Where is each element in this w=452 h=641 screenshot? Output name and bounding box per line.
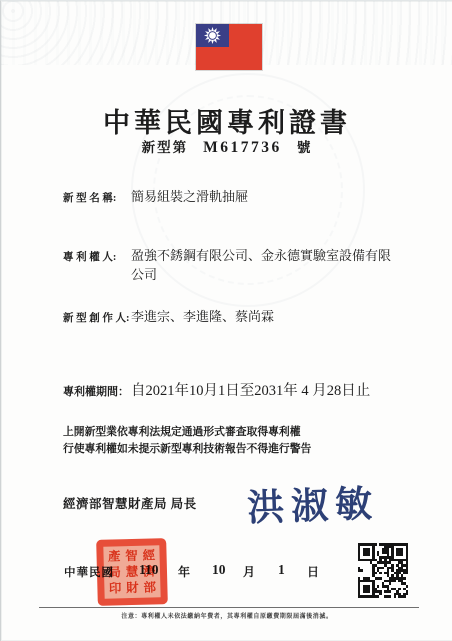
- seal-char: 智: [123, 548, 141, 564]
- seal-char: 部: [141, 579, 159, 595]
- patent-number-suffix: 號: [297, 136, 313, 156]
- field-patentee-value: 盈強不銹鋼有限公司、金永德實驗室設備有限公司: [131, 246, 403, 284]
- field-patentee-label: 專 利 權 人:: [63, 249, 131, 264]
- field-model-name-label: 新 型 名 稱:: [63, 190, 131, 205]
- seal-char: 濟: [140, 563, 158, 579]
- agency-red-seal: 產 智 經 局 慧 濟 印 財 部: [96, 538, 168, 606]
- issuer-title: 經濟部智慧財產局 局長: [63, 494, 197, 512]
- field-patentee: 專 利 權 人: 盈強不銹鋼有限公司、金永德實驗室設備有限公司: [63, 246, 403, 284]
- date-month: 10: [212, 562, 226, 578]
- date-year-unit: 年: [178, 563, 190, 580]
- date-day-unit: 日: [307, 563, 319, 580]
- date-day: 1: [278, 562, 285, 578]
- patent-number-line: 新型第 M617736 號: [1, 136, 452, 157]
- patent-number-prefix: 新型第: [142, 136, 189, 156]
- seal-char: 慧: [123, 564, 141, 580]
- seal-char: 產: [105, 548, 123, 564]
- footnote-text: 注意：專利權人未依法繳納年費者，其專利權自原繳費期限屆滿後消滅。: [91, 611, 362, 620]
- field-patent-term-value: 自2021年10月1日至2031年 4 月28日止: [131, 382, 431, 401]
- director-signature: 洪淑敏: [246, 472, 398, 531]
- date-month-unit: 月: [243, 563, 255, 580]
- field-patent-term: 專利權期間： 自2021年10月1日至2031年 4 月28日止: [63, 382, 431, 401]
- legal-notice-line1: 上開新型業依專利法規定通過形式審查取得專利權: [63, 424, 311, 441]
- seal-char: 經: [140, 547, 158, 563]
- certificate-title: 中華民國專利證書: [1, 101, 452, 140]
- field-patent-term-label: 專利權期間：: [63, 383, 131, 399]
- footer-divider: [39, 607, 419, 608]
- seal-char: 局: [106, 564, 124, 580]
- republic-of-china-flag: [196, 24, 262, 70]
- qr-code: [358, 543, 408, 598]
- legal-notice: 上開新型業依專利法規定通過形式審查取得專利權 行使專利權如未提示新型專利技術報告…: [63, 424, 311, 457]
- field-creators-label: 新 型 創 作 人:: [63, 310, 131, 325]
- field-model-name: 新 型 名 稱: 簡易組裝之滑軌抽屜: [63, 187, 403, 206]
- patent-number: M617736: [203, 139, 282, 157]
- patent-certificate-page: 中華民國專利證書 新型第 M617736 號 新 型 名 稱: 簡易組裝之滑軌抽…: [0, 0, 452, 641]
- field-creators: 新 型 創 作 人: 李進宗、李進隆、蔡尚霖: [63, 307, 403, 326]
- seal-char: 財: [124, 580, 142, 596]
- field-creators-value: 李進宗、李進隆、蔡尚霖: [131, 307, 403, 326]
- white-sun-icon: [203, 26, 222, 45]
- legal-notice-line2: 行使專利權如未提示新型專利技術報告不得進行警告: [63, 441, 311, 458]
- seal-char: 印: [106, 580, 124, 596]
- field-model-name-value: 簡易組裝之滑軌抽屜: [131, 187, 403, 206]
